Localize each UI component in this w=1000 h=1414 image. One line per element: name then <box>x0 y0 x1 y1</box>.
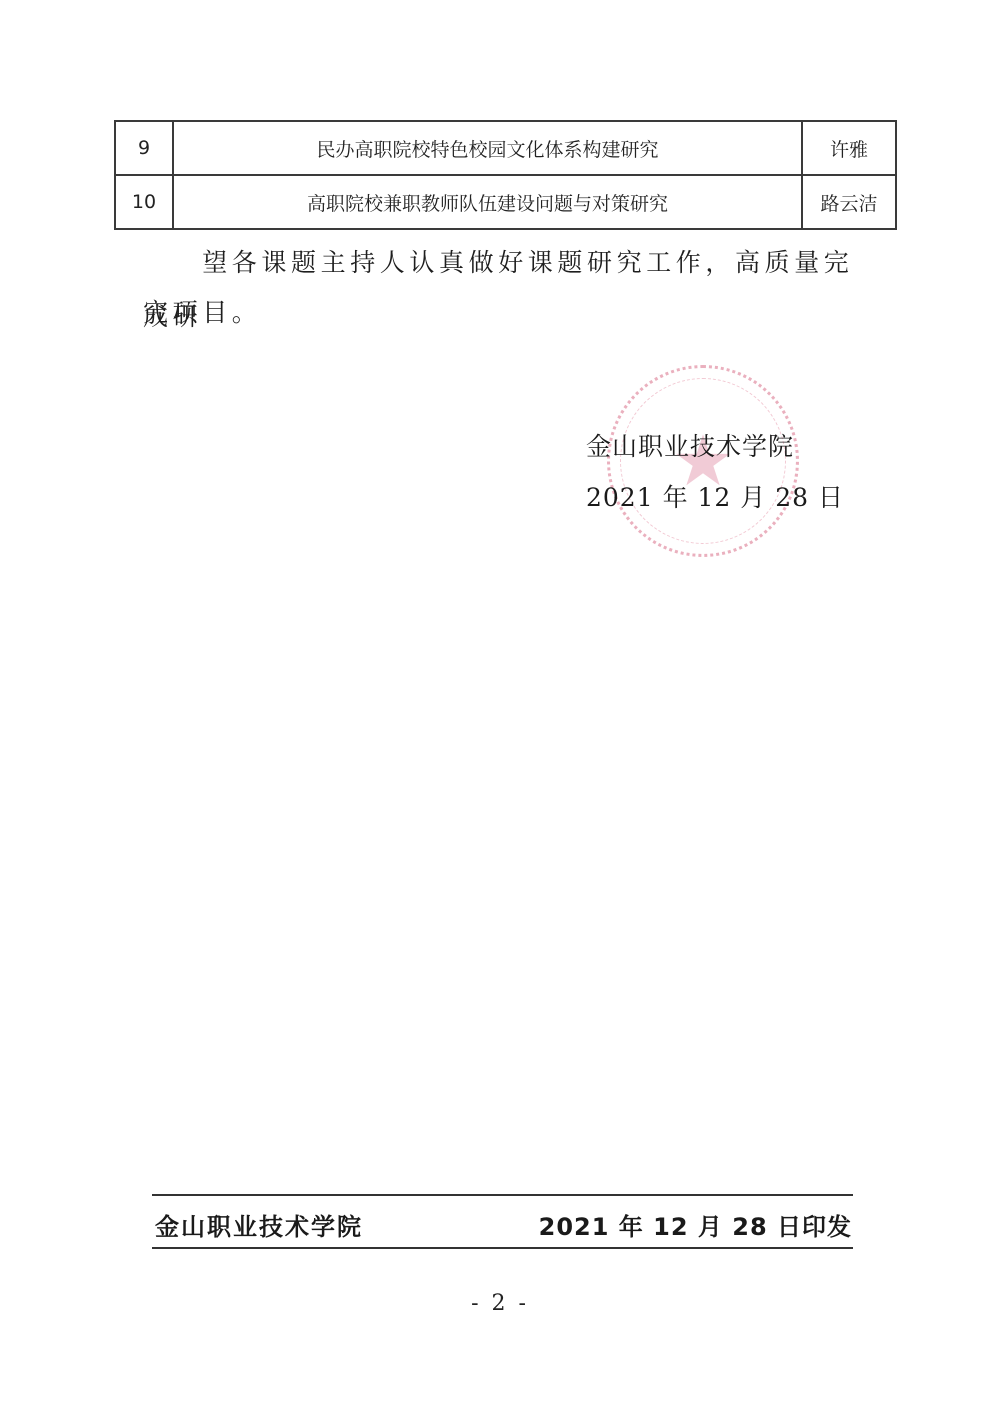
project-leader: 路云洁 <box>802 175 896 229</box>
row-number: 10 <box>115 175 173 229</box>
page-number: - 2 - <box>0 1291 1000 1316</box>
project-table: 9 民办高职院校特色校园文化体系构建研究 许雅 10 高职院校兼职教师队伍建设问… <box>114 120 897 230</box>
body-paragraph-line-2: 究项目。 <box>143 286 863 340</box>
project-title: 高职院校兼职教师队伍建设问题与对策研究 <box>173 175 802 229</box>
footer-org: 金山职业技术学院 <box>155 1207 363 1242</box>
signature-date: 2021 年 12 月 28 日 <box>586 478 844 514</box>
project-title: 民办高职院校特色校园文化体系构建研究 <box>173 121 802 175</box>
table-row: 9 民办高职院校特色校园文化体系构建研究 许雅 <box>115 121 896 175</box>
footer-issue-date: 2021 年 12 月 28 日印发 <box>539 1207 852 1242</box>
row-number: 9 <box>115 121 173 175</box>
project-leader: 许雅 <box>802 121 896 175</box>
footer-top-rule <box>152 1194 853 1196</box>
signature-org: 金山职业技术学院 <box>586 427 794 463</box>
table-row: 10 高职院校兼职教师队伍建设问题与对策研究 路云洁 <box>115 175 896 229</box>
footer-bottom-rule <box>152 1247 853 1249</box>
